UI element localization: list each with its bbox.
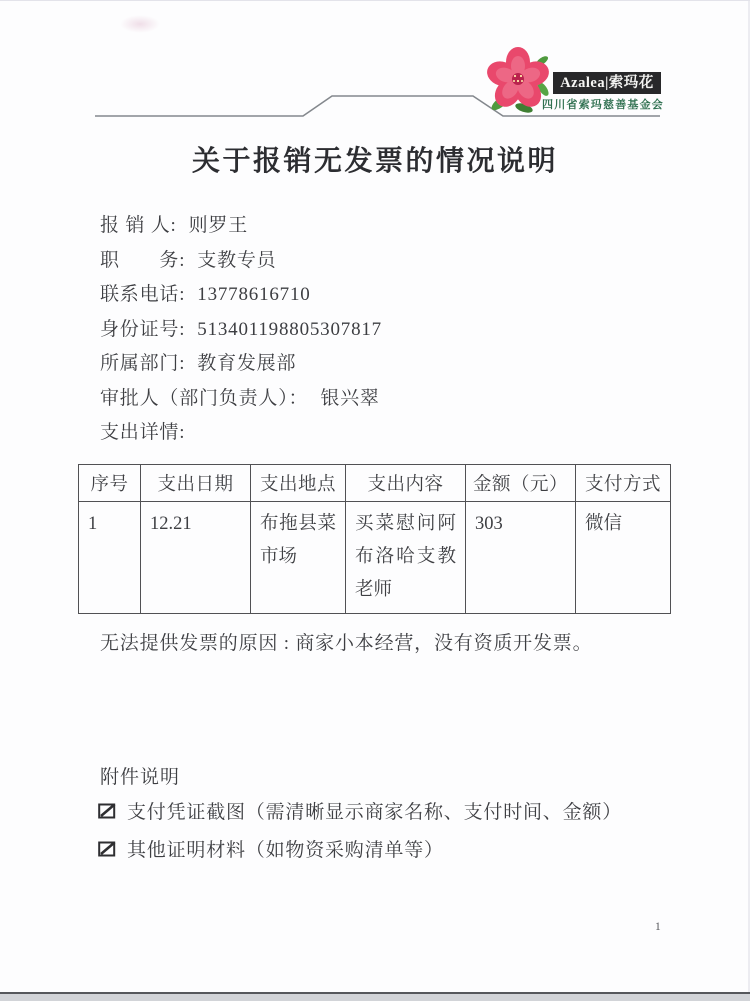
info-line-expense-details: 支出详情: — [100, 422, 382, 443]
cell-content: 买菜慰问阿布洛哈支教老师 — [346, 502, 466, 614]
info-line-department: 所属部门:教育发展部 — [100, 353, 382, 374]
info-line-approver: 审批人（部门负责人）：银兴翠 — [100, 388, 382, 409]
col-header-index: 序号 — [79, 465, 141, 502]
checkbox-checked-icon — [98, 841, 117, 857]
expense-table: 序号 支出日期 支出地点 支出内容 金额（元） 支付方式 1 12.21 布拖县… — [78, 464, 671, 614]
field-value: 513401198805307817 — [197, 319, 382, 340]
field-label: 报 销 人: — [100, 215, 177, 236]
field-value: 13778616710 — [197, 284, 310, 305]
logo-brand-box: Azalea|索玛花 — [553, 72, 661, 94]
info-section: 报 销 人:则罗王 职 务:支教专员 联系电话:13778616710 身份证号… — [100, 215, 382, 457]
cell-date: 12.21 — [141, 502, 251, 614]
cell-place: 布拖县菜市场 — [251, 502, 346, 614]
logo-brand-text: Azalea|索玛花 — [560, 75, 654, 91]
expense-table-row: 1 12.21 布拖县菜市场 买菜慰问阿布洛哈支教老师 303 微信 — [79, 502, 671, 614]
no-invoice-reason: 无法提供发票的原因 : 商家小本经营，没有资质开发票。 — [100, 628, 592, 655]
col-header-date: 支出日期 — [141, 465, 251, 502]
field-value: 则罗王 — [189, 215, 248, 236]
field-label: 所属部门: — [100, 353, 185, 374]
field-label: 审批人（部门负责人）： — [100, 388, 308, 409]
col-header-content: 支出内容 — [346, 465, 466, 502]
document-title: 关于报销无发票的情况说明 — [0, 139, 750, 179]
cell-method: 微信 — [576, 502, 671, 614]
attachment-item-label: 支付凭证截图（需清晰显示商家名称、支付时间、金额） — [127, 797, 622, 824]
cell-amount: 303 — [466, 502, 576, 614]
attachment-item-payment-proof: 支付凭证截图（需清晰显示商家名称、支付时间、金额） — [98, 797, 622, 824]
col-header-method: 支付方式 — [576, 465, 671, 502]
info-line-position: 职 务:支教专员 — [100, 250, 382, 271]
field-value: 教育发展部 — [197, 353, 296, 374]
attachment-item-other-proof: 其他证明材料（如物资采购清单等） — [98, 835, 444, 862]
scanned-document-page: Azalea|索玛花 四川省索玛慈善基金会 关于报销无发票的情况说明 报 销 人… — [0, 0, 750, 1001]
field-label: 支出详情: — [100, 422, 185, 443]
field-label: 身份证号: — [100, 319, 185, 340]
checkbox-checked-icon — [98, 803, 117, 819]
info-line-payee: 报 销 人:则罗王 — [100, 215, 382, 236]
scan-artifact-smudge — [120, 15, 160, 33]
field-value: 支教专员 — [197, 250, 276, 271]
field-label: 联系电话: — [100, 284, 185, 305]
expense-table-header-row: 序号 支出日期 支出地点 支出内容 金额（元） 支付方式 — [79, 465, 671, 502]
attachment-item-label: 其他证明材料（如物资采购清单等） — [127, 835, 444, 862]
info-line-phone: 联系电话:13778616710 — [100, 284, 382, 305]
cell-index: 1 — [79, 502, 141, 614]
col-header-amount: 金额（元） — [466, 465, 576, 502]
logo-org-name: 四川省索玛慈善基金会 — [542, 96, 672, 112]
field-value: 银兴翠 — [320, 388, 379, 409]
field-label: 职 务: — [100, 250, 185, 271]
info-line-id-number: 身份证号:513401198805307817 — [100, 319, 382, 340]
col-header-place: 支出地点 — [251, 465, 346, 502]
attachments-heading: 附件说明 — [100, 762, 180, 789]
page-number: 1 — [655, 921, 661, 933]
